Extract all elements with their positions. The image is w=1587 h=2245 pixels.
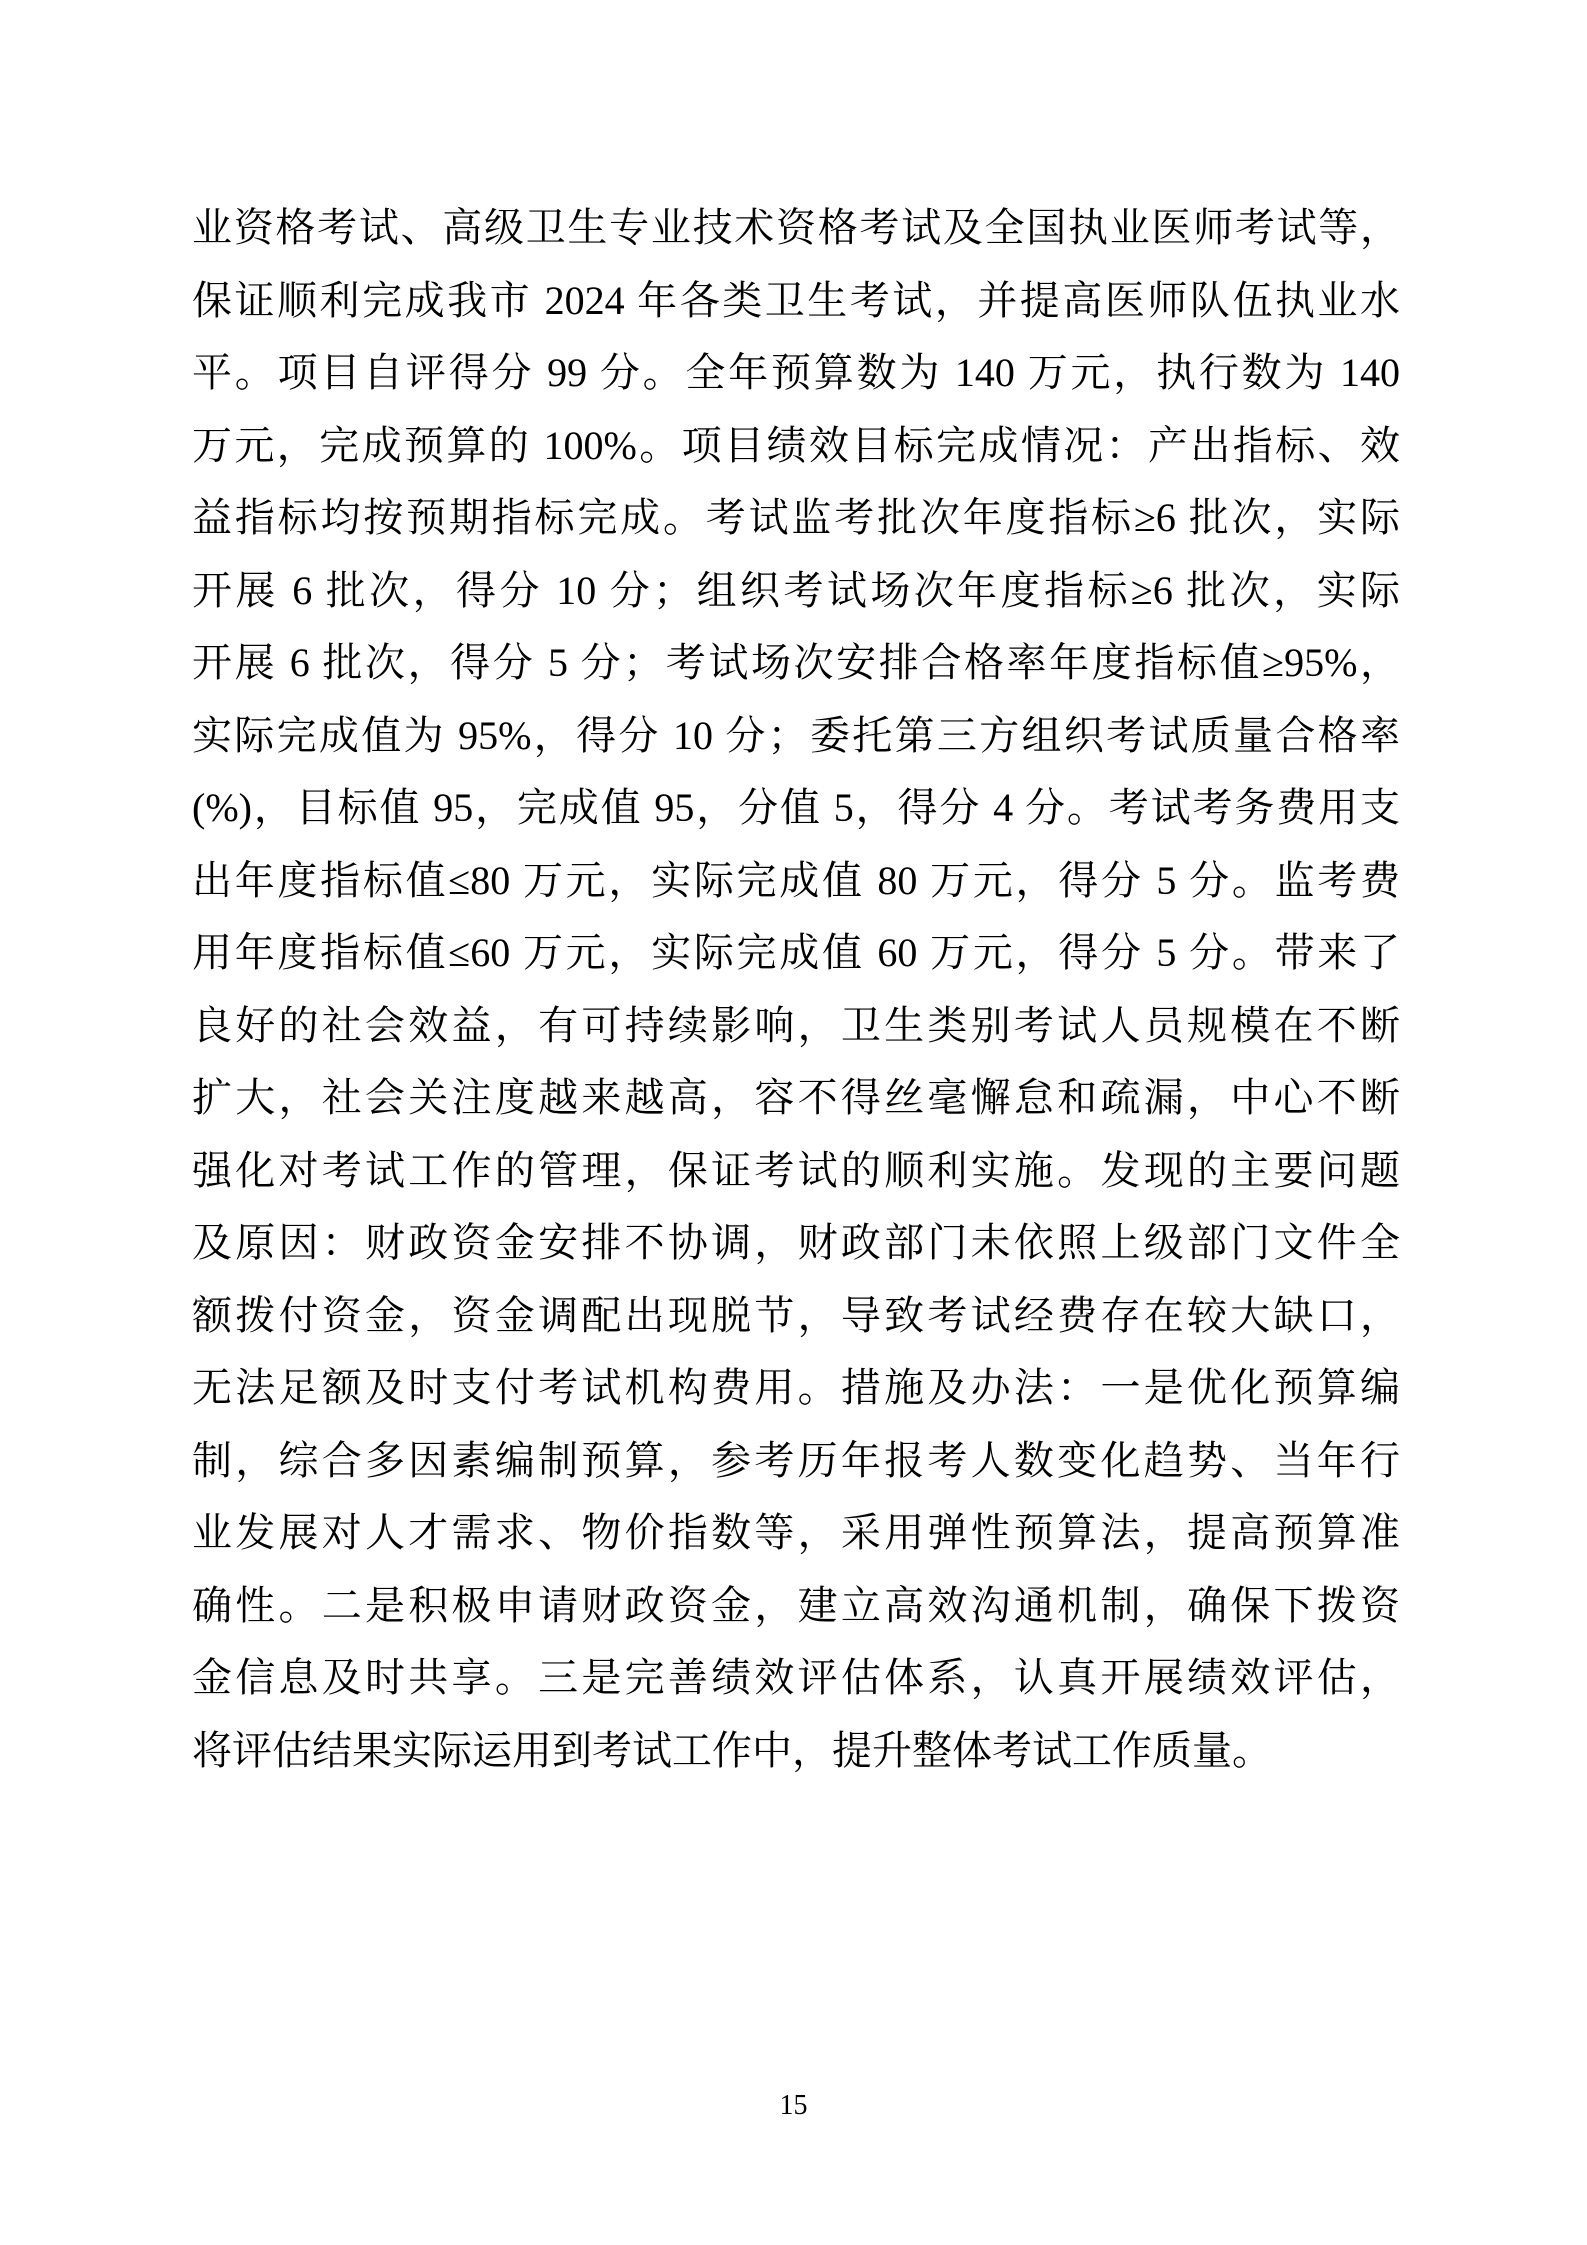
- text-line: 金信息及时共享。三是完善绩效评估体系，认真开展绩效评估，: [192, 1642, 1400, 1715]
- document-page: 业资格考试、高级卫生专业技术资格考试及全国执业医师考试等， 保证顺利完成我市 2…: [0, 0, 1587, 2245]
- text-line: 万元，完成预算的 100%。项目绩效目标完成情况：产出指标、效: [192, 410, 1400, 483]
- text-line: (%)，目标值 95，完成值 95，分值 5，得分 4 分。考试考务费用支: [192, 772, 1400, 845]
- text-line: 强化对考试工作的管理，保证考试的顺利实施。发现的主要问题: [192, 1135, 1400, 1208]
- text-line: 业资格考试、高级卫生专业技术资格考试及全国执业医师考试等，: [192, 192, 1400, 265]
- text-line: 出年度指标值≤80 万元，实际完成值 80 万元，得分 5 分。监考费: [192, 845, 1400, 918]
- text-line: 将评估结果实际运用到考试工作中，提升整体考试工作质量。: [192, 1715, 1400, 1788]
- page-number: 15: [780, 2090, 808, 2121]
- text-line: 业发展对人才需求、物价指数等，采用弹性预算法，提高预算准: [192, 1497, 1400, 1570]
- text-line: 实际完成值为 95%，得分 10 分；委托第三方组织考试质量合格率: [192, 700, 1400, 773]
- text-line: 无法足额及时支付考试机构费用。措施及办法：一是优化预算编: [192, 1352, 1400, 1425]
- text-line: 良好的社会效益，有可持续影响，卫生类别考试人员规模在不断: [192, 990, 1400, 1063]
- body-text-block: 业资格考试、高级卫生专业技术资格考试及全国执业医师考试等， 保证顺利完成我市 2…: [192, 192, 1400, 1787]
- text-line: 保证顺利完成我市 2024 年各类卫生考试，并提高医师队伍执业水: [192, 265, 1400, 338]
- text-line: 平。项目自评得分 99 分。全年预算数为 140 万元，执行数为 140: [192, 337, 1400, 410]
- text-line: 确性。二是积极申请财政资金，建立高效沟通机制，确保下拨资: [192, 1570, 1400, 1643]
- text-line: 额拨付资金，资金调配出现脱节，导致考试经费存在较大缺口，: [192, 1280, 1400, 1353]
- text-line: 开展 6 批次，得分 10 分；组织考试场次年度指标≥6 批次，实际: [192, 555, 1400, 628]
- text-line: 用年度指标值≤60 万元，实际完成值 60 万元，得分 5 分。带来了: [192, 917, 1400, 990]
- text-line: 开展 6 批次，得分 5 分；考试场次安排合格率年度指标值≥95%，: [192, 627, 1400, 700]
- page-footer: 15: [0, 2086, 1587, 2126]
- text-line: 制，综合多因素编制预算，参考历年报考人数变化趋势、当年行: [192, 1425, 1400, 1498]
- text-line: 及原因：财政资金安排不协调，财政部门未依照上级部门文件全: [192, 1207, 1400, 1280]
- text-line: 扩大，社会关注度越来越高，容不得丝毫懈怠和疏漏，中心不断: [192, 1062, 1400, 1135]
- text-line: 益指标均按预期指标完成。考试监考批次年度指标≥6 批次，实际: [192, 482, 1400, 555]
